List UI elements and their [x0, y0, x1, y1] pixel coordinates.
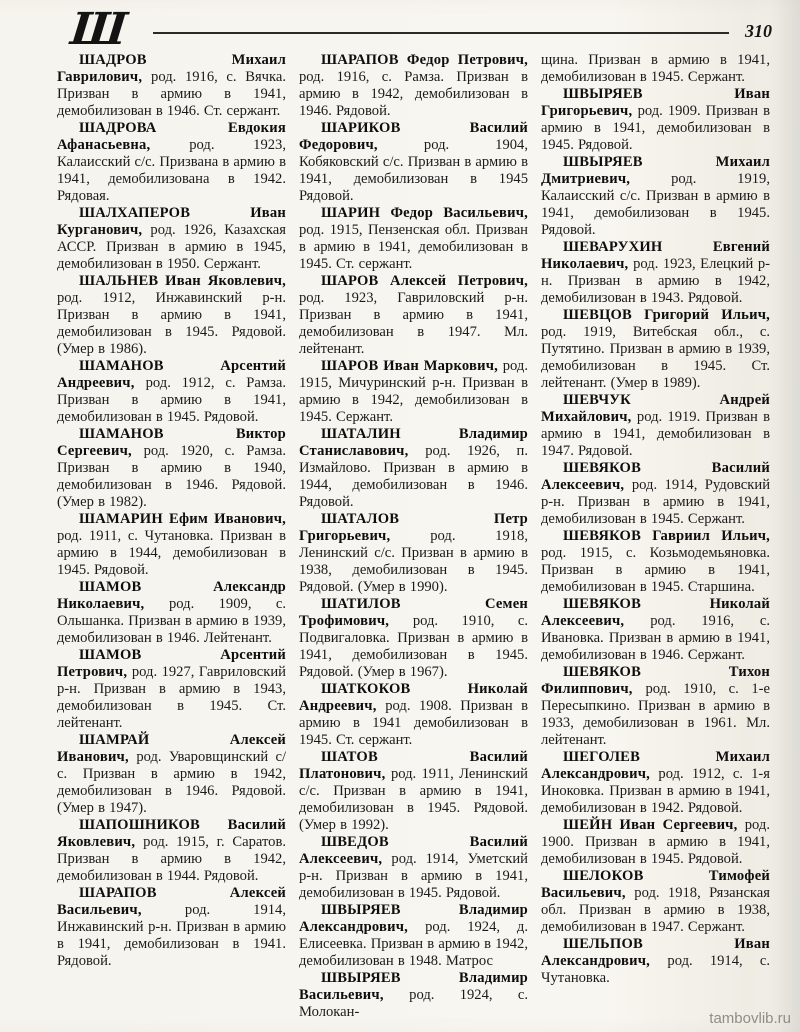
registry-entry: ШАЛХАПЕРОВ Иван Курганович, род. 1926, К… — [57, 205, 286, 273]
entry-person-name: ШАРОВ Алексей Петрович, — [321, 273, 528, 289]
entry-person-name: ШАТКОКОВ Николай Андреевич, — [299, 681, 528, 714]
header-rule — [153, 32, 729, 34]
registry-entry: ШЕВЦОВ Григорий Ильич, род. 1919, Витебс… — [541, 307, 770, 392]
scanned-book-page: Ш 310 ШАДРОВ Михаил Гаврилович, род. 191… — [0, 0, 800, 1032]
entry-person-name: ШАРАПОВ Федор Петрович, — [321, 52, 528, 68]
registry-entry: ШАПОШНИКОВ Василий Яковлевич, род. 1915,… — [57, 817, 286, 885]
registry-entry: ШАРАПОВ Федор Петрович, род. 1916, с. Ра… — [299, 52, 528, 120]
registry-entry: ШЕВЧУК Андрей Михайлович, род. 1919. При… — [541, 392, 770, 460]
registry-entry: ШЕВЯКОВ Василий Алексеевич, род. 1914, Р… — [541, 460, 770, 528]
registry-entry: щина. Призван в армию в 1941, демобилизо… — [541, 52, 770, 86]
registry-entry: ШАРОВ Алексей Петрович, род. 1923, Гаври… — [299, 273, 528, 358]
registry-entry: ШАТАЛОВ Петр Григорьевич, род. 1918, Лен… — [299, 511, 528, 596]
entry-person-name: ШАЛХАПЕРОВ Иван Курганович, — [57, 205, 286, 238]
section-letter: Ш — [69, 8, 129, 52]
entry-person-name: ШВЕДОВ Василий Алексеевич, — [299, 834, 528, 867]
entry-person-name: ШАПОШНИКОВ Василий Яковлевич, — [57, 817, 286, 850]
registry-entry: ШВЕДОВ Василий Алексеевич, род. 1914, Ум… — [299, 834, 528, 902]
registry-entry: ШЕЛЬПОВ Иван Александрович, род. 1914, с… — [541, 936, 770, 987]
entries-column-3: щина. Призван в армию в 1941, демобилизо… — [541, 52, 770, 1021]
entry-person-name: ШАМАРИН Ефим Иванович, — [79, 511, 286, 527]
watermark: tambovlib.ru — [709, 1010, 791, 1027]
entry-person-name: ШАРАПОВ Алексей Васильевич, — [57, 885, 286, 918]
entries-columns: ШАДРОВ Михаил Гаврилович, род. 1916, с. … — [57, 52, 770, 1021]
entry-person-name: ШАТИЛОВ Семен Трофимович, — [299, 596, 528, 629]
registry-entry: ШЕВЯКОВ Гавриил Ильич, род. 1915, с. Коз… — [541, 528, 770, 596]
entry-person-name: ШАРИН Федор Васильевич, — [321, 205, 528, 221]
entry-person-name: ШЕВЯКОВ Гавриил Ильич, — [563, 528, 770, 544]
page-number: 310 — [745, 21, 772, 42]
entry-person-name: ШАМАНОВ Арсентий Андреевич, — [57, 358, 286, 391]
entry-person-name: ШЕЛОКОВ Тимофей Васильевич, — [541, 868, 770, 901]
registry-entry: ШАДРОВА Евдокия Афанасьевна, род. 1923, … — [57, 120, 286, 205]
registry-entry: ШЕВЯКОВ Николай Алексеевич, род. 1916, с… — [541, 596, 770, 664]
registry-entry: ШВЫРЯЕВ Иван Григорьевич, род. 1909. При… — [541, 86, 770, 154]
entry-person-name: ШАТАЛОВ Петр Григорьевич, — [299, 511, 528, 544]
registry-entry: ШАМРАЙ Алексей Иванович, род. Уваровщинс… — [57, 732, 286, 817]
entry-person-name: ШАМРАЙ Алексей Иванович, — [57, 732, 286, 765]
registry-entry: ШВЫРЯЕВ Владимир Александрович, род. 192… — [299, 902, 528, 970]
entry-person-name: ШЕЙН Иван Сергеевич, — [563, 817, 745, 833]
entry-person-name: ШАТОВ Василий Платонович, — [299, 749, 528, 782]
entry-person-name: ШЕВЯКОВ Василий Алексеевич, — [541, 460, 770, 493]
entry-person-name: ШЕВЧУК Андрей Михайлович, — [541, 392, 770, 425]
registry-entry: ШАТАЛИН Владимир Станиславович, род. 192… — [299, 426, 528, 511]
entry-person-name: ШВЫРЯЕВ Михаил Дмитриевич, — [541, 154, 770, 187]
entry-person-name: ШАМАНОВ Виктор Сергеевич, — [57, 426, 286, 459]
registry-entry: ШАДРОВ Михаил Гаврилович, род. 1916, с. … — [57, 52, 286, 120]
registry-entry: ШЕЛОКОВ Тимофей Васильевич, род. 1918, Р… — [541, 868, 770, 936]
registry-entry: ШВЫРЯЕВ Владимир Васильевич, род. 1924, … — [299, 970, 528, 1021]
entry-person-name: ШАРИКОВ Василий Федорович, — [299, 120, 528, 153]
registry-entry: ШЕВАРУХИН Евгений Николаевич, род. 1923,… — [541, 239, 770, 307]
registry-entry: ШАМОВ Александр Николаевич, род. 1909, с… — [57, 579, 286, 647]
registry-entry: ШАРИН Федор Васильевич, род. 1915, Пензе… — [299, 205, 528, 273]
entry-person-name: ШЕГОЛЕВ Михаил Александрович, — [541, 749, 770, 782]
registry-entry: ШАМАНОВ Арсентий Андреевич, род. 1912, с… — [57, 358, 286, 426]
entry-person-name: ШАДРОВ Михаил Гаврилович, — [57, 52, 286, 85]
entries-column-1: ШАДРОВ Михаил Гаврилович, род. 1916, с. … — [57, 52, 286, 1021]
registry-entry: ШВЫРЯЕВ Михаил Дмитриевич, род. 1919, Ка… — [541, 154, 770, 239]
registry-entry: ШАРАПОВ Алексей Васильевич, род. 1914, И… — [57, 885, 286, 970]
page-header: Ш 310 — [57, 6, 772, 54]
registry-entry: ШАРОВ Иван Маркович, род. 1915, Мичуринс… — [299, 358, 528, 426]
entry-person-name: ШЕВЦОВ Григорий Ильич, — [563, 307, 770, 323]
entry-person-name: ШАЛЬНЕВ Иван Яковлевич, — [79, 273, 286, 289]
entry-person-name: ШАМОВ Арсентий Петрович, — [57, 647, 286, 680]
registry-entry: ШЕВЯКОВ Тихон Филиппович, род. 1910, с. … — [541, 664, 770, 749]
entry-person-name: ШАДРОВА Евдокия Афанасьевна, — [57, 120, 286, 153]
entry-person-name: ШАМОВ Александр Николаевич, — [57, 579, 286, 612]
registry-entry: ШЕЙН Иван Сергеевич, род. 1900. Призван … — [541, 817, 770, 868]
registry-entry: ШАМАНОВ Виктор Сергеевич, род. 1920, с. … — [57, 426, 286, 511]
entry-person-name: ШЕВАРУХИН Евгений Николаевич, — [541, 239, 770, 272]
entry-person-name: ШЕВЯКОВ Тихон Филиппович, — [541, 664, 770, 697]
registry-entry: ШАЛЬНЕВ Иван Яковлевич, род. 1912, Инжав… — [57, 273, 286, 358]
entry-person-name: ШВЫРЯЕВ Владимир Александрович, — [299, 902, 528, 935]
entry-person-name: ШАРОВ Иван Маркович, — [321, 358, 503, 374]
registry-entry: ШЕГОЛЕВ Михаил Александрович, род. 1912,… — [541, 749, 770, 817]
registry-entry: ШАТИЛОВ Семен Трофимович, род. 1910, с. … — [299, 596, 528, 681]
entry-person-name: ШЕВЯКОВ Николай Алексеевич, — [541, 596, 770, 629]
registry-entry: ШАТКОКОВ Николай Андреевич, род. 1908. П… — [299, 681, 528, 749]
entries-column-2: ШАРАПОВ Федор Петрович, род. 1916, с. Ра… — [299, 52, 528, 1021]
entry-person-name: ШЕЛЬПОВ Иван Александрович, — [541, 936, 770, 969]
registry-entry: ШАМАРИН Ефим Иванович, род. 1911, с. Чут… — [57, 511, 286, 579]
entry-person-name: ШАТАЛИН Владимир Станиславович, — [299, 426, 528, 459]
entry-person-name: ШВЫРЯЕВ Иван Григорьевич, — [541, 86, 770, 119]
registry-entry: ШАТОВ Василий Платонович, род. 1911, Лен… — [299, 749, 528, 834]
entry-person-name: ШВЫРЯЕВ Владимир Васильевич, — [299, 970, 528, 1003]
registry-entry: ШАРИКОВ Василий Федорович, род. 1904, Ко… — [299, 120, 528, 205]
registry-entry: ШАМОВ Арсентий Петрович, род. 1927, Гавр… — [57, 647, 286, 732]
